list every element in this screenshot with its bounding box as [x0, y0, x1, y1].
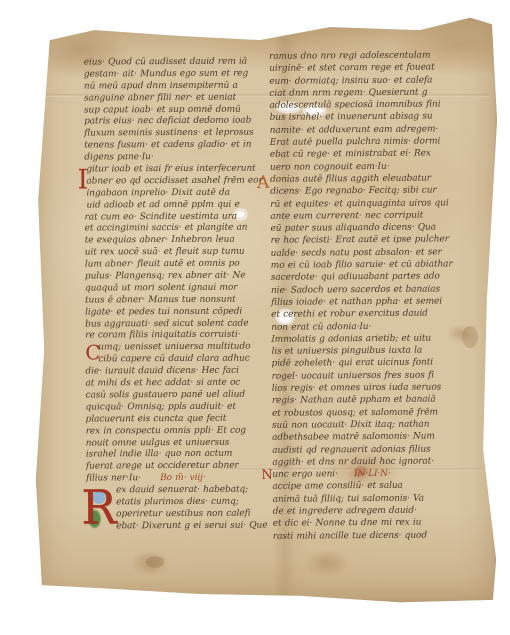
manuscript-line: et accingimini saccis· et plangite an	[85, 223, 271, 236]
manuscript-line: gitur ioab et isai fr eius interfecerunt	[84, 164, 270, 177]
manuscript-line: quicquā· Omnisq; ppls audiuit· et	[86, 401, 272, 414]
manuscript-line: sacerdote· qui adiuuabant partes ado	[271, 271, 469, 285]
initial-N: N	[261, 469, 270, 481]
manuscript-line: re coram filiis iniquitatis corruisti·	[85, 330, 271, 343]
manuscript-line: digens pane·Iu·	[84, 152, 270, 165]
manuscript-line: lum abner· fleuit autē et omnis po	[85, 259, 271, 272]
text-block-2: I gitur ioab et isai fr eius interfeceru…	[84, 164, 271, 343]
photo-background: eius· Quod cū audisset dauid rem iāgesta…	[0, 0, 510, 635]
text-block-4: R ex dauid senuerat· habebatq;etatis plu…	[86, 485, 272, 534]
manuscript-line: adolescentulā speciosā inomnibus fini	[269, 98, 467, 112]
manuscript-line: at mihi ds et hec addat· si ante oc	[85, 378, 271, 391]
manuscript-line: patris eius· nec deficiat dedomo ioab	[84, 116, 270, 129]
manuscript-line: filius ioiade· et nathan ppha· et semei	[271, 295, 469, 309]
manuscript-line: uit rex uocē suā· et fleuit sup tumu	[85, 247, 271, 260]
manuscript-line: te exequias abner· Inhebron leua	[85, 235, 271, 248]
text-block-6: A donias autē filius aggith eleuabaturdi…	[270, 172, 469, 333]
manuscript-line: quaquā ut mori solent ignaui mor	[85, 282, 271, 295]
manuscript-line: abner eo qd occidisset asahel frēm eor	[84, 175, 270, 188]
line-text: unc ergo ueni·	[272, 469, 337, 480]
manuscript-line: sanguine abner filii ner· et ueniat	[84, 92, 270, 105]
stain	[146, 556, 164, 568]
manuscript-line: ingabaon inprelio· Dixit autē da	[84, 187, 270, 200]
manuscript-line: Erat autē puella pulchra nimis· dormi	[270, 135, 468, 149]
manuscript-line: tuus ē abner· Manus tue nonsunt	[85, 294, 271, 307]
text-block-8: N unc ergo ueni· IN·LI·N· accipe ame con…	[272, 467, 471, 542]
manuscript-line: umq; uenisset uniuersa multitudo	[85, 342, 271, 355]
manuscript-line: sup caput ioab· et sup omnē domū	[84, 104, 270, 117]
manuscript-line: pulus· Plangensq; rex abner ait· Ne	[85, 271, 271, 284]
initial-C: C	[85, 343, 98, 366]
manuscript-line: gestam· ait· Mundus ego sum et reg	[84, 68, 270, 81]
initial-A: A	[257, 174, 268, 198]
initial-R-decorated: R	[81, 485, 116, 534]
manuscript-line: tenens fusum· et cadens gladio· et in	[84, 140, 270, 153]
rubric-chapter-mark: IN·LI·N·	[354, 469, 391, 479]
rubric-book-number: Bo m̄· viij·	[160, 473, 206, 483]
manuscript-leaf: eius· Quod cū audisset dauid rem iāgesta…	[34, 16, 498, 604]
manuscript-line: ligate· et pedes tui nonsunt cōpedi	[85, 306, 271, 319]
manuscript-line: die· iurauit dauid dicens· Hec faci	[85, 366, 271, 379]
text-block-3: C umq; uenisset uniuersa multitudocibū c…	[85, 342, 272, 486]
manuscript-line: fuerat arege ut occideretur abner	[86, 461, 272, 474]
initial-I: I	[77, 165, 86, 200]
text-column-right: ramus dno nro regi adolescentulamuirginē…	[269, 49, 471, 542]
manuscript-line: casū solis gustauero panē uel aliud	[85, 389, 271, 402]
manuscript-line: nū meū apud dnm insempiternū a	[84, 80, 270, 93]
manuscript-line: eius· Quod cū audisset dauid rem iā	[84, 57, 270, 70]
text-block-7: Immolatis g adonias arietib; et uitulis …	[271, 332, 470, 469]
text-block-5: ramus dno nro regi adolescentulamuirginē…	[269, 49, 468, 174]
manuscript-line: uid adioab et ad omnē pplm qui e	[84, 199, 270, 212]
text-block-1: eius· Quod cū audisset dauid rem iāgesta…	[84, 57, 271, 165]
initial-R-letter: R	[81, 480, 117, 535]
manuscript-line: placuerunt eis cuncta que fecit	[86, 413, 272, 426]
manuscript-line: israhel indie illa· quo non actum	[86, 449, 272, 462]
manuscript-line: rex in conspectu omnis ppli· Et cog	[86, 425, 272, 438]
manuscript-line: rū et equites· et quinquaginta uiros qui	[270, 197, 468, 211]
manuscript-line: rasti mihi ancille tue dicens· quod	[273, 529, 471, 543]
manuscript-line: cibū capere cū dauid clara adhuc	[85, 354, 271, 367]
manuscript-line: nouit omne uulgus et uniuersus	[86, 437, 272, 450]
manuscript-line: lios regis· et omnes uiros iuda seruos	[272, 381, 470, 395]
manuscript-line: rat cum eo· Scindite uestimta ura	[85, 211, 271, 224]
text-column-left: eius· Quod cū audisset dauid rem iāgesta…	[84, 57, 272, 535]
manuscript-line: fluxum seminis sustinens· et leprosus	[84, 128, 270, 141]
manuscript-line: bus aggrauati· sed sicut solent cade	[85, 318, 271, 331]
